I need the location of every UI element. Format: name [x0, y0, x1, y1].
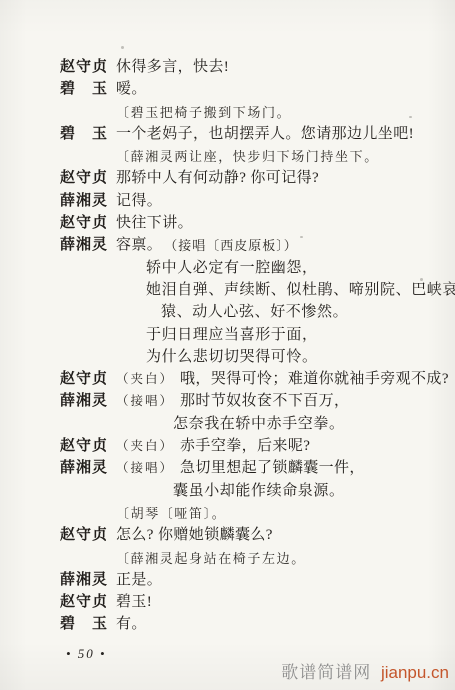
- singing-annotation: （接唱〔西皮原板〕）: [164, 236, 298, 255]
- stage-direction: 〔碧玉把椅子搬到下场门。: [60, 103, 443, 125]
- lyric-line: 囊虽小却能作续命泉源。: [60, 482, 443, 504]
- dialogue-line: 赵守贞 （夹白） 哦，哭得可怜；难道你就袖手旁观不成?: [60, 370, 443, 392]
- dialogue-text: 怎么? 你赠她锁麟囊么?: [116, 526, 273, 545]
- lyric-text: 于归日理应当喜形于面，: [146, 326, 318, 345]
- lyric-text: 她泪自弹、声续断、似杜鹃、啼别院、巴峡哀: [146, 281, 455, 300]
- aside-annotation: （接唱）: [116, 392, 174, 411]
- speaker-name: 赵守贞: [60, 526, 108, 545]
- lyric-line: 于归日理应当喜形于面，: [60, 326, 443, 348]
- aside-annotation: （夹白）: [116, 370, 174, 389]
- dialogue-text: 急切里想起了锁麟囊一件，: [180, 459, 365, 478]
- speaker-name: 碧 玉: [60, 615, 108, 634]
- stage-direction-text: 〔薛湘灵起身站在椅子左边。: [116, 549, 306, 568]
- dialogue-text: 赤手空拳，后来呢?: [180, 437, 310, 456]
- dialogue-line: 薛湘灵 （接唱） 急切里想起了锁麟囊一件，: [60, 459, 443, 481]
- speaker-name: 赵守贞: [60, 58, 108, 77]
- watermark-site-name: 歌谱简谱网: [281, 663, 371, 682]
- lyric-line: 为什么悲切切哭得可怜。: [60, 348, 443, 370]
- dialogue-text: 有。: [116, 615, 147, 634]
- watermark-site-url: jianpu.cn: [381, 663, 449, 682]
- dialogue-line: 碧 玉 有。: [60, 615, 443, 637]
- lyric-text: 猿、动人心弦、好不惨然。: [161, 303, 348, 322]
- dialogue-text: 碧玉!: [116, 593, 152, 612]
- stage-direction-text: 〔薛湘灵两让座，快步归下场门持坐下。: [116, 147, 379, 166]
- stage-direction: 〔薛湘灵两让座，快步归下场门持坐下。: [60, 147, 443, 169]
- lyric-line: 她泪自弹、声续断、似杜鹃、啼别院、巴峡哀: [60, 281, 443, 303]
- dialogue-line: 赵守贞 休得多言，快去!: [60, 58, 443, 80]
- lyric-line-continuation: 猿、动人心弦、好不惨然。: [60, 303, 443, 325]
- dialogue-line: 赵守贞 怎么? 你赠她锁麟囊么?: [60, 526, 443, 548]
- aside-annotation: （夹白）: [116, 437, 174, 456]
- speaker-name: 赵守贞: [60, 214, 108, 233]
- dialogue-text: 快往下讲。: [116, 214, 193, 233]
- dialogue-line: 碧 玉 嗳。: [60, 80, 443, 102]
- lyric-text: 囊虽小却能作续命泉源。: [173, 482, 345, 501]
- speaker-name: 薛湘灵: [60, 192, 108, 211]
- lyric-text: 为什么悲切切哭得可怜。: [146, 348, 318, 367]
- dialogue-text: 正是。: [116, 571, 162, 590]
- script-body: 赵守贞 休得多言，快去! 碧 玉 嗳。 〔碧玉把椅子搬到下场门。 碧 玉 一个老…: [60, 58, 443, 638]
- speaker-name: 薛湘灵: [60, 571, 108, 590]
- watermark: 歌谱简谱网 jianpu.cn: [281, 658, 449, 683]
- stage-direction: 〔薛湘灵起身站在椅子左边。: [60, 549, 443, 571]
- dialogue-text: 嗳。: [116, 80, 147, 99]
- lyric-text: 怎奈我在轿中赤手空拳。: [173, 415, 345, 434]
- dialogue-text: 记得。: [116, 192, 162, 211]
- stage-direction-text: 〔胡琴〔哑笛〕。: [116, 504, 226, 523]
- stage-direction: 〔胡琴〔哑笛〕。: [60, 504, 443, 526]
- dialogue-line: 碧 玉 一个老妈子，也胡摆弄人。您请那边儿坐吧!: [60, 125, 443, 147]
- lyric-line: 轿中人必定有一腔幽怨，: [60, 259, 443, 281]
- speaker-name: 赵守贞: [60, 169, 108, 188]
- speaker-name: 碧 玉: [60, 80, 108, 99]
- dialogue-line: 赵守贞 快往下讲。: [60, 214, 443, 236]
- dialogue-line: 赵守贞 碧玉!: [60, 593, 443, 615]
- scan-speck: [121, 46, 124, 49]
- page-number: • 50 •: [66, 646, 107, 662]
- dialogue-line: 薛湘灵 容禀。 （接唱〔西皮原板〕）: [60, 236, 443, 258]
- dialogue-text: 那轿中人有何动静? 你可记得?: [116, 169, 319, 188]
- stage-direction-text: 〔碧玉把椅子搬到下场门。: [116, 103, 291, 122]
- speaker-name: 碧 玉: [60, 125, 108, 144]
- speaker-name: 薛湘灵: [60, 459, 108, 478]
- dialogue-line: 薛湘灵 （接唱） 那时节奴妆奁不下百万，: [60, 392, 443, 414]
- dialogue-text: 容禀。: [116, 236, 162, 255]
- speaker-name: 赵守贞: [60, 437, 108, 456]
- lyric-text: 轿中人必定有一腔幽怨，: [146, 259, 318, 278]
- dialogue-text: 一个老妈子，也胡摆弄人。您请那边儿坐吧!: [116, 125, 414, 144]
- dialogue-text: 那时节奴妆奁不下百万，: [180, 392, 349, 411]
- speaker-name: 赵守贞: [60, 593, 108, 612]
- speaker-name: 赵守贞: [60, 370, 108, 389]
- aside-annotation: （接唱）: [116, 459, 174, 478]
- lyric-line: 怎奈我在轿中赤手空拳。: [60, 415, 443, 437]
- dialogue-text: 休得多言，快去!: [116, 58, 229, 77]
- dialogue-text: 哦，哭得可怜；难道你就袖手旁观不成?: [180, 370, 449, 389]
- dialogue-line: 赵守贞 （夹白） 赤手空拳，后来呢?: [60, 437, 443, 459]
- dialogue-line: 薛湘灵 正是。: [60, 571, 443, 593]
- speaker-name: 薛湘灵: [60, 236, 108, 255]
- dialogue-line: 赵守贞 那轿中人有何动静? 你可记得?: [60, 169, 443, 191]
- dialogue-line: 薛湘灵 记得。: [60, 192, 443, 214]
- speaker-name: 薛湘灵: [60, 392, 108, 411]
